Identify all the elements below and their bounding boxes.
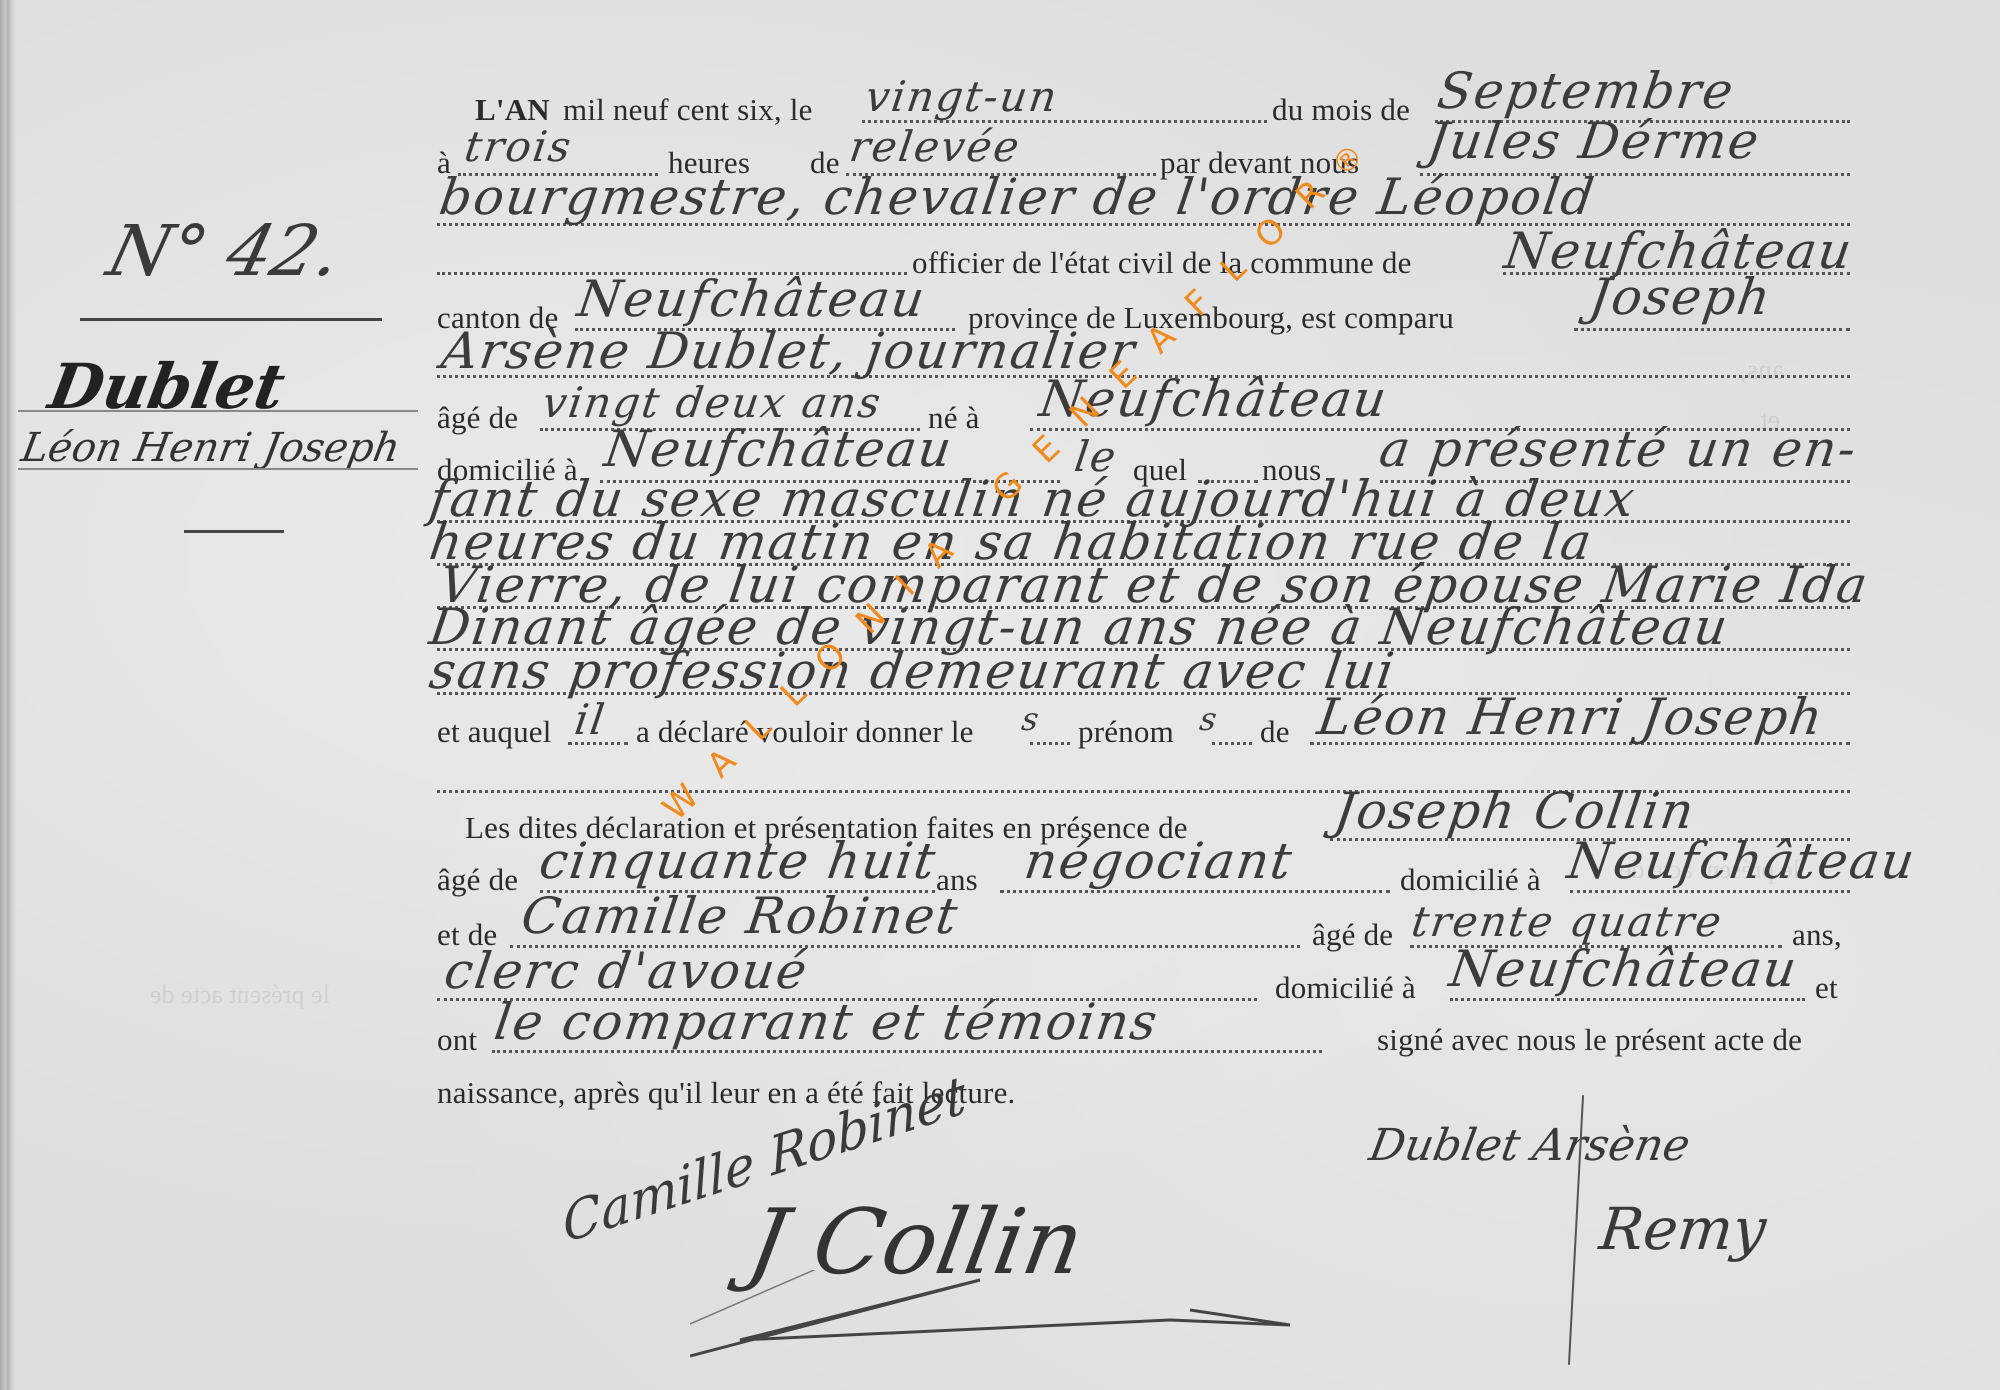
printed-text: prénom bbox=[1078, 714, 1174, 750]
handwritten-witness1-residence: Neufchâteau bbox=[1564, 832, 1920, 890]
margin-surname: Dublet bbox=[44, 350, 291, 423]
handwritten-child-given-names: Léon Henri Joseph bbox=[1314, 688, 1828, 746]
dotted-fill-line bbox=[1000, 890, 1390, 893]
signature-officer: Remy bbox=[1596, 1195, 1769, 1263]
printed-text: âgé de bbox=[1312, 917, 1393, 953]
dotted-fill-line bbox=[1212, 742, 1252, 745]
handwritten-declarant-name-occupation: Arsène Dublet, journalier bbox=[438, 322, 1140, 380]
handwritten-witness2-occupation: clerc d'avoué bbox=[441, 942, 812, 1000]
handwritten-officer-name: Jules Dérme bbox=[1424, 112, 1764, 170]
handwritten-witness2-age: trente quatre bbox=[1409, 897, 1727, 946]
printed-text: âgé de bbox=[437, 400, 518, 436]
signature-declarant: Dublet Arsène bbox=[1366, 1120, 1694, 1171]
handwritten-canton: Neufchâteau bbox=[574, 270, 930, 328]
dotted-fill-line bbox=[1030, 742, 1070, 745]
handwritten-time-of-day: relevée bbox=[847, 122, 1025, 171]
printed-text: et auquel bbox=[437, 714, 552, 750]
signature-flourish bbox=[690, 1270, 1490, 1390]
printed-text: domicilié à bbox=[1400, 862, 1541, 898]
handwritten-text: s bbox=[1197, 700, 1221, 738]
handwritten-declarant-first-name: Joseph bbox=[1586, 268, 1776, 326]
handwritten-mother-details: sans profession demeurant avec lui bbox=[426, 642, 1399, 700]
document-page: ans, et le présent acte de le présent ac… bbox=[0, 0, 2000, 1390]
margin-guide-line bbox=[18, 468, 418, 470]
printed-text: âgé de bbox=[437, 862, 518, 898]
dotted-fill-line bbox=[1570, 890, 1850, 893]
printed-text: signé avec nous le présent acte de bbox=[1377, 1022, 1802, 1058]
margin-guide-line bbox=[18, 410, 418, 412]
bleed-through-text: le présent acte de bbox=[150, 980, 330, 1010]
handwritten-officer-title: bourgmestre, chevalier de l'ordre Léopol… bbox=[436, 168, 1599, 226]
act-number: N° 42. bbox=[100, 210, 350, 292]
bleed-through-text: ans, bbox=[1740, 355, 1784, 387]
dotted-fill-line bbox=[1574, 328, 1850, 331]
printed-text: a déclaré vouloir donner le bbox=[636, 714, 974, 750]
handwritten-hour: trois bbox=[462, 122, 576, 171]
margin-divider bbox=[80, 318, 382, 321]
printed-text: officier de l'état civil de la commune d… bbox=[912, 245, 1412, 281]
handwritten-text: il bbox=[572, 695, 610, 744]
printed-text: domicilié à bbox=[1275, 970, 1416, 1006]
dotted-fill-line bbox=[1450, 998, 1805, 1001]
handwritten-day: vingt-un bbox=[863, 72, 1062, 121]
printed-text: de bbox=[1260, 714, 1290, 750]
handwritten-signatories: le comparant et témoins bbox=[491, 993, 1162, 1051]
handwritten-witness1-occupation: négociant bbox=[1021, 832, 1297, 890]
margin-given-names: Léon Henri Joseph bbox=[18, 425, 404, 471]
handwritten-text: s bbox=[1019, 700, 1043, 738]
handwritten-witness2-residence: Neufchâteau bbox=[1446, 940, 1802, 998]
printed-text: mil neuf cent six, le bbox=[563, 92, 813, 128]
printed-text: du mois de bbox=[1272, 92, 1410, 128]
handwritten-witness2-name: Camille Robinet bbox=[518, 887, 963, 945]
margin-underline bbox=[184, 530, 284, 533]
handwritten-witness1-age: cinquante huit bbox=[536, 832, 941, 890]
printed-text: ont bbox=[437, 1022, 477, 1058]
printed-text: et bbox=[1815, 970, 1838, 1006]
page-binding-edge bbox=[0, 0, 16, 1390]
